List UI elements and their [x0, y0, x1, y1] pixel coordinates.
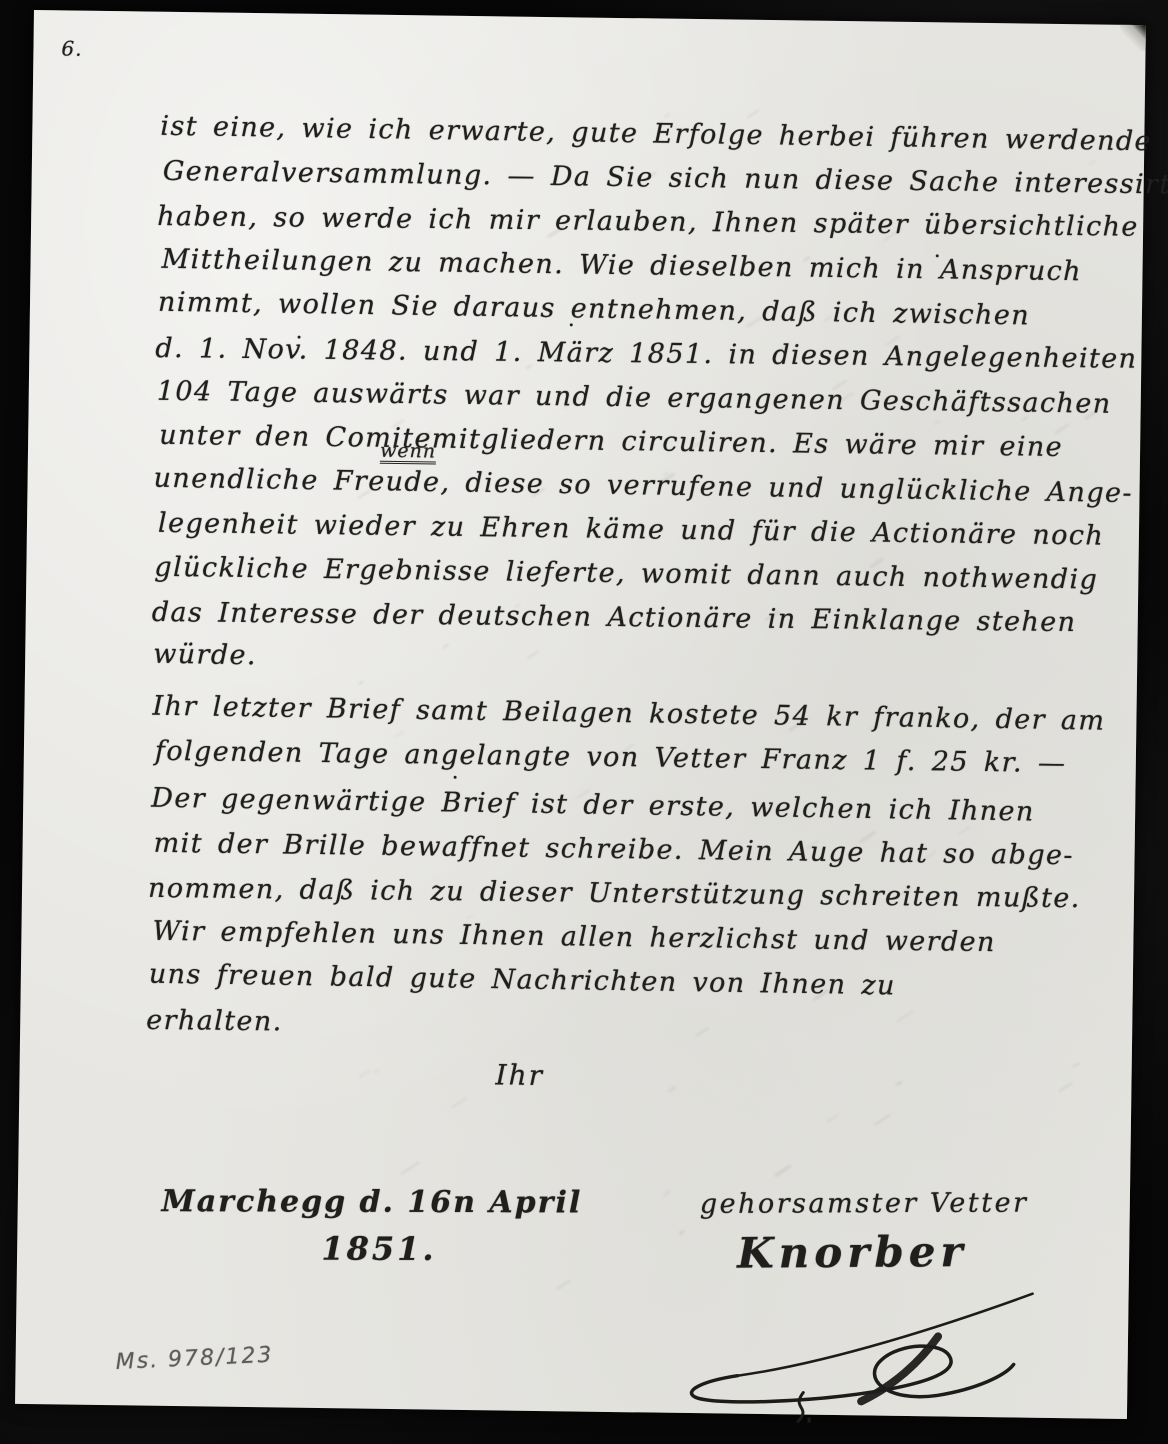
show-through-mark [451, 1097, 467, 1109]
inserted-word: wenn [380, 441, 436, 465]
signature-flourish-icon [679, 1281, 1061, 1426]
show-through-mark [663, 1190, 671, 1197]
closing-salutation: gehorsamster Vetter [700, 1187, 1120, 1220]
scan-background: 6. ist eine, wie ich erwarte, gute Erfol… [0, 0, 1168, 1444]
letter-body: ist eine, wie ich erwarte, gute Erfolge … [147, 106, 1120, 1100]
ink-speck [936, 254, 939, 257]
handwriting-line: erhalten. [146, 999, 1108, 1054]
ink-speck [570, 323, 573, 326]
paragraph-3: Der gegenwärtige Brief ist der erste, we… [148, 778, 1112, 1055]
paragraph-1: ist eine, wie ich erwarte, gute Erfolge … [153, 106, 1121, 691]
show-through-mark [556, 1279, 572, 1291]
closing-block: gehorsamster Vetter Knorber [699, 1185, 1120, 1279]
show-through-mark [827, 1113, 839, 1123]
archive-shelfmark: Ms. 978/123 [115, 1343, 274, 1375]
ink-speck [298, 336, 301, 339]
show-through-mark [400, 1162, 419, 1175]
dateline: Marchegg d. 16n April 1851. [161, 1184, 591, 1268]
dateline-place-date: Marchegg d. 16n April [161, 1184, 591, 1220]
valediction: Ihr [495, 1058, 1107, 1099]
corner-fold [1120, 25, 1146, 51]
page-number: 6. [61, 36, 82, 60]
dateline-year: 1851. [321, 1230, 591, 1269]
show-through-mark [678, 1229, 685, 1235]
paragraph-2: Ihr letzter Brief samt Beilagen kostete … [152, 686, 1113, 787]
ink-speck [454, 776, 457, 779]
letter-page: 6. ist eine, wie ich erwarte, gute Erfol… [15, 10, 1146, 1419]
show-through-mark [774, 1164, 792, 1177]
show-through-mark [874, 1114, 891, 1126]
signature: Knorber [737, 1226, 1119, 1278]
